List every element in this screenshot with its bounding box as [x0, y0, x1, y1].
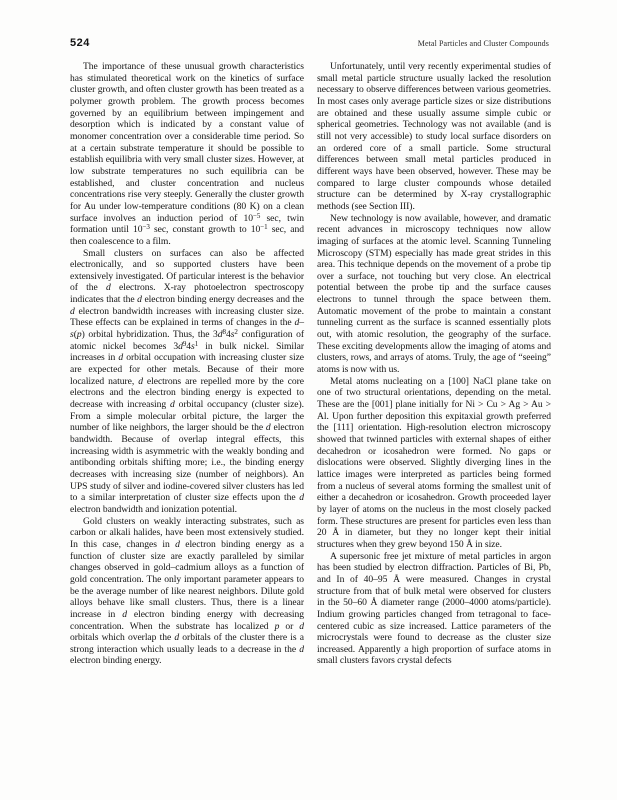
- paragraph: A supersonic free jet mixture of metal p…: [317, 551, 551, 668]
- paragraph: Metal atoms nucleating on a [100] NaCl p…: [317, 376, 551, 551]
- running-title: Metal Particles and Cluster Compounds: [418, 39, 549, 48]
- book-page: 524 Metal Particles and Cluster Compound…: [0, 0, 617, 800]
- column-right: Unfortunately, until very recently exper…: [317, 61, 551, 667]
- paragraph: Unfortunately, until very recently exper…: [317, 61, 551, 213]
- text-body: The importance of these unusual growth c…: [70, 61, 551, 667]
- paragraph: Gold clusters on weakly interacting subs…: [70, 516, 304, 668]
- paragraph: Small clusters on surfaces can also be a…: [70, 248, 304, 516]
- paragraph: New technology is now available, however…: [317, 213, 551, 376]
- running-head: 524 Metal Particles and Cluster Compound…: [70, 37, 549, 49]
- paragraph: The importance of these unusual growth c…: [70, 61, 304, 248]
- column-left: The importance of these unusual growth c…: [70, 61, 304, 667]
- page-number: 524: [70, 37, 90, 49]
